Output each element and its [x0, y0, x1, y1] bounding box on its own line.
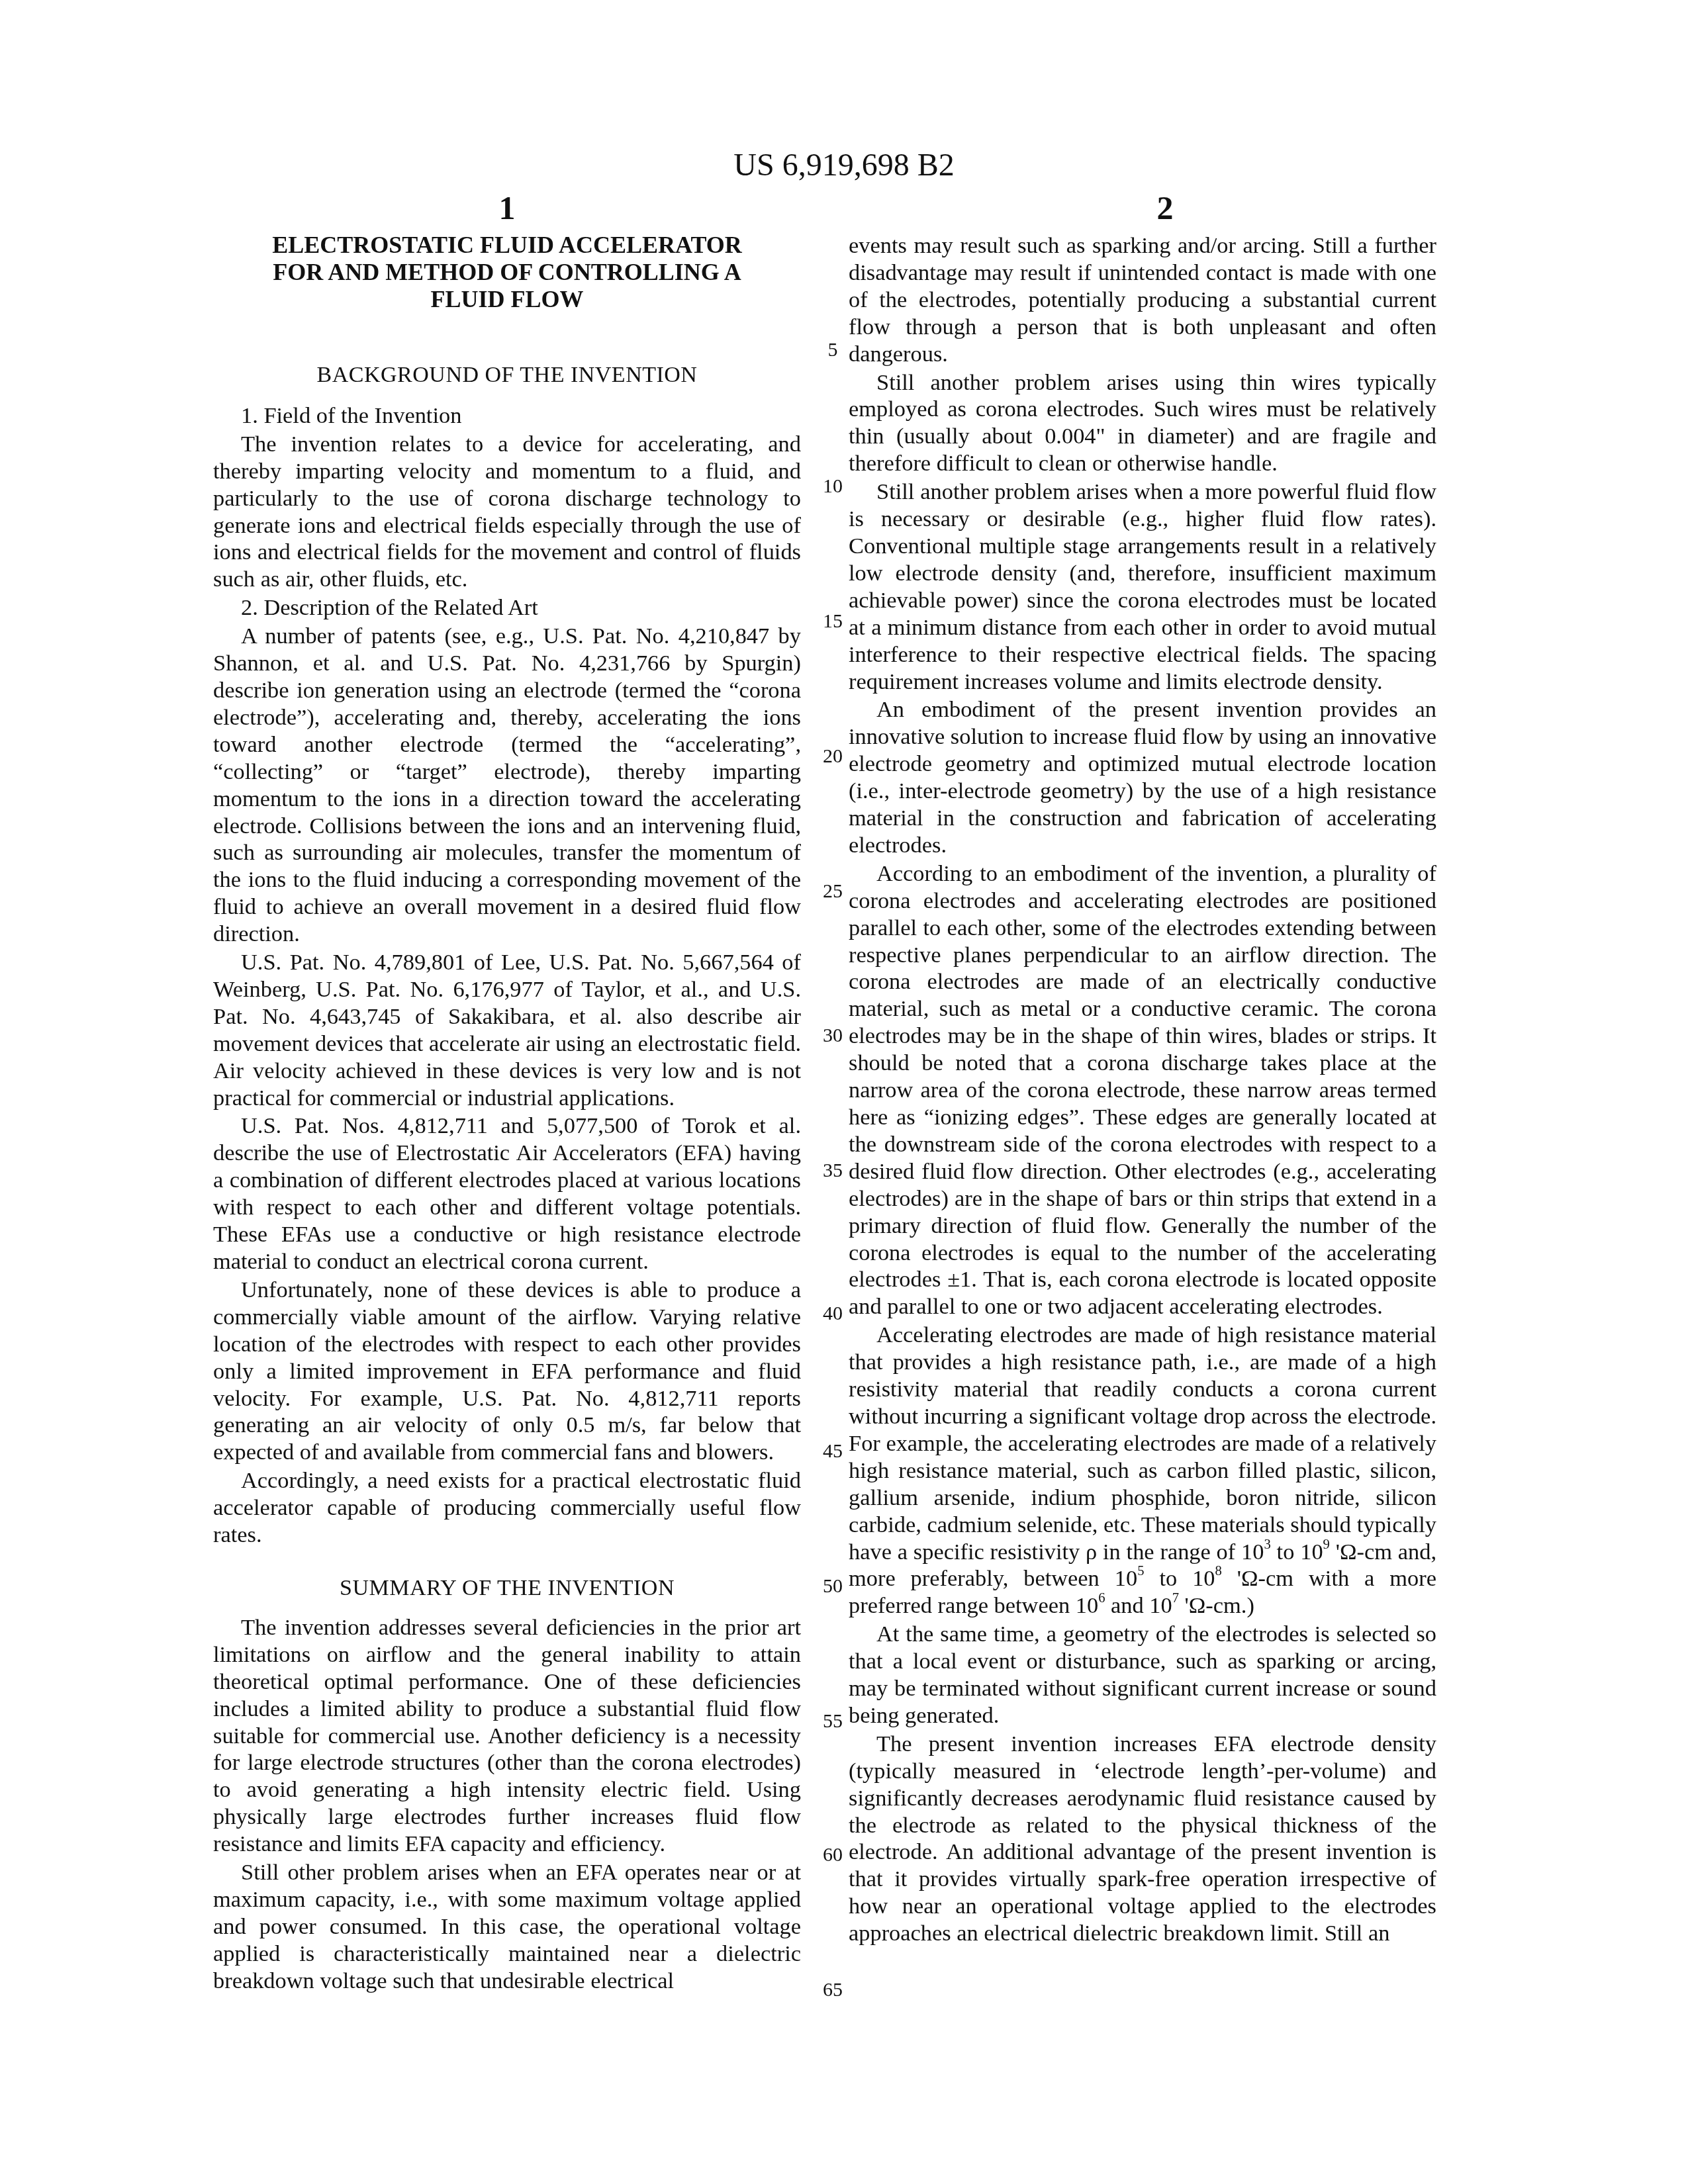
- line-number: 55: [813, 1710, 853, 1733]
- body-paragraph: According to an embodiment of the invent…: [849, 860, 1436, 1320]
- line-number: 20: [813, 745, 853, 768]
- body-paragraph: Still another problem arises using thin …: [849, 369, 1436, 478]
- text-segment: and 10: [1105, 1593, 1172, 1618]
- exponent: 8: [1215, 1564, 1222, 1578]
- line-number: 50: [813, 1575, 853, 1598]
- line-number: 15: [813, 610, 853, 633]
- summary-paragraph: Still other problem arises when an EFA o…: [213, 1859, 801, 1995]
- text-segment: Accelerating electrodes are made of high…: [849, 1322, 1436, 1564]
- exponent: 6: [1098, 1591, 1105, 1606]
- line-number: 40: [813, 1302, 853, 1325]
- related-art-heading: 2. Description of the Related Art: [213, 594, 801, 621]
- line-number: 60: [813, 1844, 853, 1866]
- text-segment: 'Ω-cm.): [1179, 1593, 1254, 1618]
- line-number: 35: [813, 1160, 853, 1182]
- related-art-paragraph: Accordingly, a need exists for a practic…: [213, 1467, 801, 1549]
- body-paragraph: The present invention increases EFA elec…: [849, 1731, 1436, 1947]
- line-number: 10: [813, 475, 853, 498]
- left-column: ELECTROSTATIC FLUID ACCELERATOR FOR AND …: [213, 232, 801, 1996]
- body-paragraph: events may result such as sparking and/o…: [849, 232, 1436, 368]
- summary-paragraph: The invention addresses several deficien…: [213, 1614, 801, 1858]
- column-number-right: 2: [1132, 189, 1198, 227]
- patent-title: ELECTROSTATIC FLUID ACCELERATOR FOR AND …: [213, 232, 801, 313]
- related-art-paragraph: U.S. Pat. No. 4,789,801 of Lee, U.S. Pat…: [213, 949, 801, 1111]
- patent-number-header: US 6,919,698 B2: [0, 147, 1688, 183]
- line-number: 45: [813, 1440, 853, 1463]
- body-paragraph: At the same time, a geometry of the elec…: [849, 1621, 1436, 1729]
- related-art-paragraph: U.S. Pat. Nos. 4,812,711 and 5,077,500 o…: [213, 1113, 801, 1275]
- resistivity-paragraph: Accelerating electrodes are made of high…: [849, 1322, 1436, 1619]
- summary-heading: SUMMARY OF THE INVENTION: [213, 1575, 801, 1602]
- field-heading: 1. Field of the Invention: [213, 402, 801, 430]
- exponent: 3: [1264, 1537, 1270, 1551]
- body-paragraph: Still another problem arises when a more…: [849, 478, 1436, 695]
- exponent: 5: [1137, 1564, 1144, 1578]
- background-heading: BACKGROUND OF THE INVENTION: [213, 362, 801, 389]
- title-line: ELECTROSTATIC FLUID ACCELERATOR: [213, 232, 801, 259]
- right-column: events may result such as sparking and/o…: [849, 232, 1436, 1948]
- title-line: FOR AND METHOD OF CONTROLLING A: [213, 259, 801, 286]
- line-number: 65: [813, 1979, 853, 2001]
- body-paragraph: An embodiment of the present invention p…: [849, 696, 1436, 858]
- text-segment: to 10: [1271, 1539, 1323, 1565]
- line-number: 5: [813, 339, 853, 361]
- related-art-paragraph: A number of patents (see, e.g., U.S. Pat…: [213, 623, 801, 948]
- line-number: 25: [813, 880, 853, 903]
- title-line: FLUID FLOW: [213, 286, 801, 313]
- column-number-left: 1: [474, 189, 540, 227]
- field-paragraph: The invention relates to a device for ac…: [213, 431, 801, 593]
- exponent: 7: [1172, 1591, 1179, 1606]
- related-art-paragraph: Unfortunately, none of these devices is …: [213, 1277, 801, 1466]
- exponent: 9: [1323, 1537, 1330, 1551]
- text-segment: to 10: [1144, 1566, 1215, 1591]
- line-number: 30: [813, 1024, 853, 1047]
